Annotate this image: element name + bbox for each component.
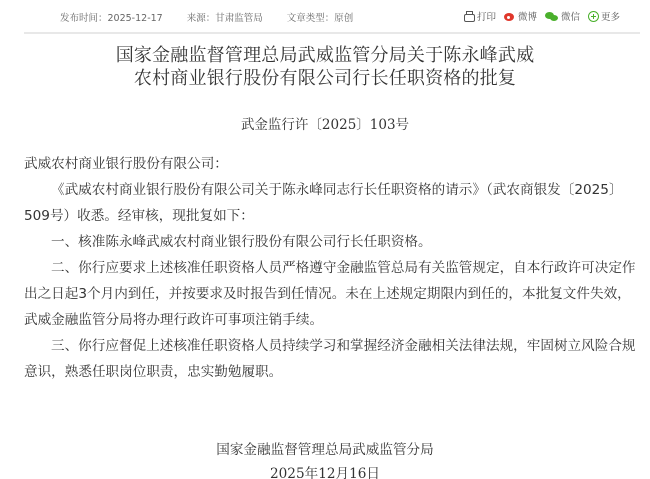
paragraph-item-3: 三、你行应督促上述核准任职资格人员持续学习和掌握经济金融相关法律法规，牢固树立风… <box>24 333 640 385</box>
wechat-icon <box>545 11 559 21</box>
share-weibo-button[interactable]: 微博 <box>504 9 537 23</box>
title-line-2: 农村商业银行股份有限公司行长任职资格的批复 <box>0 67 650 90</box>
header-divider <box>24 32 640 34</box>
weibo-icon <box>504 11 516 21</box>
paragraph-item-1: 一、核准陈永峰武威农村商业银行股份有限公司行长任职资格。 <box>24 229 640 255</box>
share-wechat-button[interactable]: 微信 <box>545 9 580 23</box>
paragraph-intro: 《武威农村商业银行股份有限公司关于陈永峰同志行长任职资格的请示》（武农商银发〔2… <box>24 177 640 229</box>
addressee: 武威农村商业银行股份有限公司： <box>24 151 640 177</box>
printer-icon <box>464 14 475 22</box>
print-label: 打印 <box>477 9 496 23</box>
share-toolbar: 打印 微博 微信 更多 <box>464 9 620 23</box>
plus-circle-icon <box>588 11 599 22</box>
wechat-label: 微信 <box>561 9 580 23</box>
article-meta-bar: 发布时间：2025-12-17 来源：甘肃监管局 文章类型：原创 打印 微博 微… <box>0 8 650 26</box>
article-type: 文章类型：原创 <box>287 10 354 24</box>
weibo-label: 微博 <box>518 9 537 23</box>
document-title: 国家金融监督管理总局武威监管分局关于陈永峰武威 农村商业银行股份有限公司行长任职… <box>0 44 650 90</box>
signature-date: 2025年12月16日 <box>0 462 650 479</box>
source: 来源：甘肃监管局 <box>187 10 263 24</box>
document-number: 武金监行许〔2025〕103号 <box>0 113 650 133</box>
title-line-1: 国家金融监督管理总局武威监管分局关于陈永峰武威 <box>0 44 650 67</box>
paragraph-item-2: 二、你行应要求上述核准任职资格人员严格遵守金融监管总局有关监管规定，自本行政许可… <box>24 255 640 333</box>
article-meta: 发布时间：2025-12-17 来源：甘肃监管局 文章类型：原创 <box>60 10 353 24</box>
document-body: 武威农村商业银行股份有限公司： 《武威农村商业银行股份有限公司关于陈永峰同志行长… <box>24 151 640 385</box>
signature: 国家金融监督管理总局武威监管分局 <box>0 438 650 458</box>
publish-time: 发布时间：2025-12-17 <box>60 10 163 24</box>
share-more-button[interactable]: 更多 <box>588 9 620 23</box>
more-label: 更多 <box>601 9 620 23</box>
print-button[interactable]: 打印 <box>464 9 496 23</box>
